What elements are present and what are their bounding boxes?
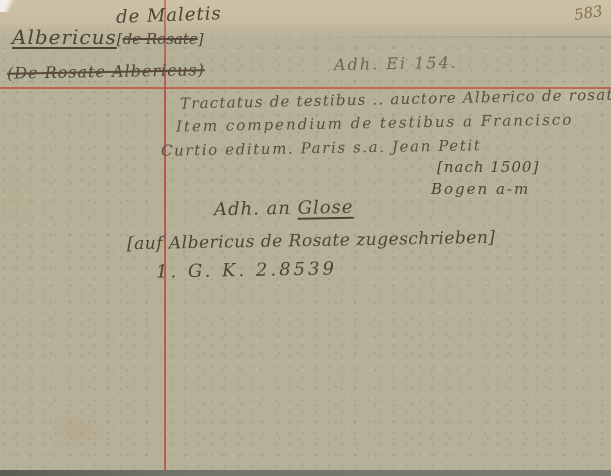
title-line-1: Tractatus de testibus .. auctore Alberic… [180,85,611,112]
attribution-note: [auf Albericus de Rosate zugeschrieben] [127,228,496,254]
catalog-reference: 1. G. K. 2.8539 [156,258,337,282]
card-bottom-shadow [0,470,611,476]
date-bracket-note: [nach 1500] [437,158,539,176]
scanner-corner [0,0,26,12]
title-line-2: Item compendium de testibus a Francisco [176,111,574,136]
paper-stain [30,400,120,460]
heading-crossed-out-name: de Rosate [123,30,198,48]
card-number: 583 [573,2,604,24]
heading-brackets: [de Rosate] [117,30,204,48]
annotation-adh-glose: Adh. an Glose [214,197,354,220]
variant-name-crossed: (De Rosate Albericus) [7,60,205,82]
annotation-underlined: Glose [297,197,353,219]
catalog-card: 583 de Maletis Albericus[de Rosate] (De … [0,0,611,476]
collation-note: Bogen a-m [431,180,530,198]
card-overlap-edge [300,36,611,38]
imprint-line: Curtio editum. Paris s.a. Jean Petit [161,136,482,160]
bracket-close: ] [198,30,204,48]
annotation-prefix: Adh. an [214,198,298,220]
heading-name: Albericus [12,25,117,49]
shelfmark-note: Adh. Ei 154. [334,53,458,74]
paper-stain [0,140,50,260]
heading-row: Albericus[de Rosate] [12,25,204,49]
